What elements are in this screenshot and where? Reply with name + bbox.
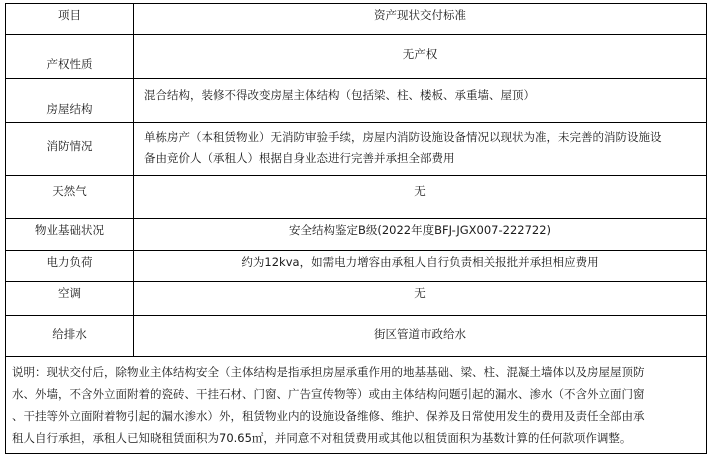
header-item: 项目 <box>6 4 133 34</box>
note-line-4: 租人自行承担，承租人已知晓租赁面积为70.65㎡，并同意不对租赁费用或其他以租赁… <box>12 427 696 449</box>
table-row: 给排水 街区管道市政给水 <box>6 316 707 357</box>
row-label-structure: 房屋结构 <box>6 79 133 122</box>
row-value-natural-gas: 无 <box>134 176 706 218</box>
row-value-property-rights: 无产权 <box>134 35 706 78</box>
row-label-property-basics: 物业基础状况 <box>6 219 133 250</box>
fire-safety-line-1: 单栋房产（本租赁物业）无消防审验手续，房屋内消防设施设备情况以现状为准，未完善的… <box>144 127 698 148</box>
table-row: 空调 无 <box>6 282 707 316</box>
note-line-1: 说明：现状交付后，除物业主体结构安全（主体结构是指承担房屋承重作用的地基基础、梁… <box>12 361 696 383</box>
table-row: 消防情况 单栋房产（本租赁物业）无消防审验手续，房屋内消防设施设备情况以现状为准… <box>6 123 707 176</box>
row-label-natural-gas: 天然气 <box>6 176 133 218</box>
delivery-note: 说明：现状交付后，除物业主体结构安全（主体结构是指承担房屋承重作用的地基基础、梁… <box>6 357 706 453</box>
note-line-2: 水、外墙，不含外立面附着的瓷砖、干挂石材、门窗、广告宣传物等）或由主体结构问题引… <box>12 383 696 405</box>
row-value-property-basics: 安全结构鉴定B级(2022年度BFJ-JGX007-222722) <box>134 219 706 250</box>
row-value-structure: 混合结构，装修不得改变房屋主体结构（包括梁、柱、楼板、承重墙、屋顶） <box>134 79 706 122</box>
note-row: 说明：现状交付后，除物业主体结构安全（主体结构是指承担房屋承重作用的地基基础、梁… <box>6 357 707 454</box>
table-row: 电力负荷 约为12kva，如需电力增容由承租人自行负责相关报批并承担相应费用 <box>6 251 707 282</box>
table-header-row: 项目 资产现状交付标准 <box>6 4 707 35</box>
table-row: 天然气 无 <box>6 176 707 219</box>
table-row: 房屋结构 混合结构，装修不得改变房屋主体结构（包括梁、柱、楼板、承重墙、屋顶） <box>6 79 707 123</box>
header-standard: 资产现状交付标准 <box>134 4 706 34</box>
note-line-3: 、干挂等外立面附着物引起的漏水渗水）外，租赁物业内的设施设备维修、维护、保养及日… <box>12 405 696 427</box>
row-label-property-rights: 产权性质 <box>6 35 133 78</box>
row-value-air-conditioning: 无 <box>134 282 706 315</box>
row-label-power-load: 电力负荷 <box>6 251 133 281</box>
row-label-fire-safety: 消防情况 <box>6 123 133 175</box>
row-value-water-supply: 街区管道市政给水 <box>134 316 706 356</box>
row-value-power-load: 约为12kva，如需电力增容由承租人自行负责相关报批并承担相应费用 <box>134 251 706 281</box>
asset-delivery-standard-table: 项目 资产现状交付标准 产权性质 无产权 房屋结构 混合结构，装修不得改变房屋主… <box>5 3 707 454</box>
table-row: 物业基础状况 安全结构鉴定B级(2022年度BFJ-JGX007-222722) <box>6 219 707 251</box>
table-row: 产权性质 无产权 <box>6 35 707 79</box>
row-value-fire-safety: 单栋房产（本租赁物业）无消防审验手续，房屋内消防设施设备情况以现状为准，未完善的… <box>134 123 706 175</box>
row-label-water-supply: 给排水 <box>6 316 133 356</box>
row-label-air-conditioning: 空调 <box>6 282 133 315</box>
fire-safety-line-2: 备由竞价人（承租人）根据自身业态进行完善并承担全部费用 <box>144 148 698 169</box>
